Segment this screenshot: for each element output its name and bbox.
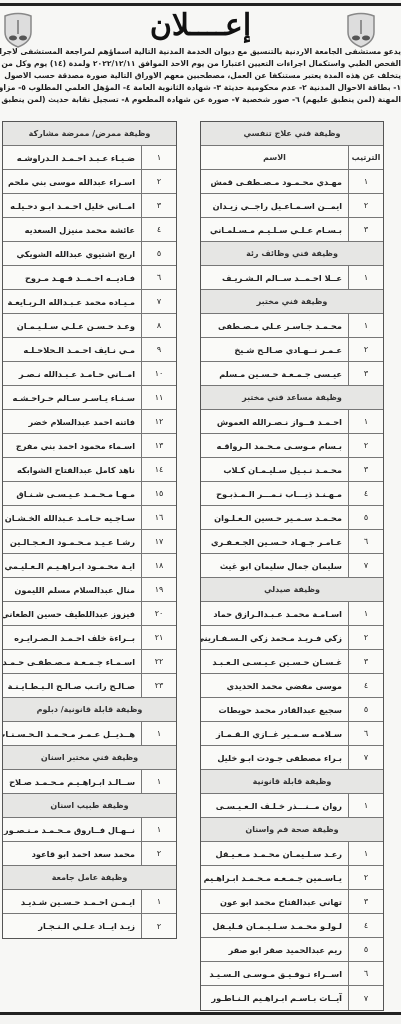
rank-number: ٥ (348, 698, 383, 721)
person-name: لـولـو محـمـد سـلـيـمـان فـليـفل (201, 921, 348, 931)
rank-number: ٧ (348, 554, 383, 577)
person-name: امــاني حـامـد عـبـدالله نـصـر (3, 369, 141, 379)
rank-number: ٣ (348, 458, 383, 481)
person-name: مـيـاده محمد عـبـدالله الـربـايعـة (3, 297, 141, 307)
table-row: ٢عـمـر نــهـادي صـالـح شـيخ (201, 338, 383, 362)
section-title: وظيفة مساعد فني مختبر (201, 386, 383, 410)
table-row: ١٠امــاني حـامـد عـبـدالله نـصـر (3, 362, 176, 386)
section-title: وظيفة فني علاج تنفسي (201, 122, 383, 146)
person-name: امــاني خليل احـمـد ابـو دحـيلـه (3, 201, 141, 211)
table-row: ٥محـمـد سـمـير حـسين الـعـلـوان (201, 506, 383, 530)
person-name: آيــات بـاسـم ابـراهـيم الـنـاطـور (201, 993, 348, 1003)
rank-number: ٢ (348, 626, 383, 649)
table-row: ٢٢اسـمـاء جـمـعـة مـصـطفـى حـمـد (3, 650, 176, 674)
table-row: ٢يـاسـمين جـمـعـه مـحـمـد ابـراهـيم (201, 866, 383, 890)
rank-number: ١ (348, 410, 383, 433)
rank-number: ٢ (141, 170, 176, 193)
rank-header: الترتيب (348, 146, 383, 169)
table-row: ١هــديــل عـمـر مـحـمـد الـحـسـنـات (3, 722, 176, 746)
person-name: بـراء مصطفى جـودت ابـو خليل (201, 753, 348, 763)
rank-number: ٧ (348, 746, 383, 769)
person-name: سـلامـه سـمـير غــازي الـقـمـاز (201, 729, 348, 739)
person-name: سـنـاء يـاسـر سـالم حـراحـشـه (3, 393, 141, 403)
rank-number: ١١ (141, 386, 176, 409)
person-name: محـمـد نـبـيل سـليـمـان كـلاب (201, 465, 348, 475)
section-title: وظيفة قابلة قانونية (201, 770, 383, 794)
person-name: بــراءة خلف احـمـد الـصـرايـره (3, 633, 141, 643)
table-row: ٢بـسام مـوسـى مـحـمد الـرواقـه (201, 434, 383, 458)
table-row: ١٤ناهد كامل عبدالفتاح الشوابكه (3, 458, 176, 482)
table-row: ٦اســراء تـوفـيـق مـوسـى الـسـيـد (201, 962, 383, 986)
table-row: ٧آيــات بـاسـم ابـراهـيم الـنـاطـور (201, 986, 383, 1010)
rank-number: ٤ (348, 914, 383, 937)
person-name: ايـة محـمـود ابـراهـيـم الـعـليـمي (3, 561, 141, 571)
intro-line: المهنة (لمن ينطبق عليهم) ٦- صور شخصية ٧-… (0, 94, 401, 106)
table-row: ١عــلا احـمــد ســالم الـشـريـف (201, 266, 383, 290)
section-title: وظيفة فني مختبر اسنان (3, 746, 176, 770)
table-row: ٣امــاني خليل احـمـد ابـو دحـيلـه (3, 194, 176, 218)
table-row: ٢ايمــن اسـمـاعـيل راجــي زيـدان (201, 194, 383, 218)
table-row: ١ســالـد ابـراهـيـم مـحـمـد صـلاح (3, 770, 176, 794)
rank-number: ١ (141, 890, 176, 913)
section-title: وظيفة طبيب اسنان (3, 794, 176, 818)
person-name: سجيع عبدالقادر محمد حويطات (201, 705, 348, 715)
rank-number: ٥ (348, 506, 383, 529)
person-name: اسـمـاء جـمـعـة مـصـطفـى حـمـد (3, 657, 141, 667)
rank-number: ١٣ (141, 434, 176, 457)
rank-number: ١ (348, 314, 383, 337)
person-name: مـي نـايف احـمـد الـحلاحـلـه (3, 345, 141, 355)
table-row: ٦فـاديــه احـمــد فـهـد مـروح (3, 266, 176, 290)
table-row: ٤لـولـو محـمـد سـلـيـمـان فـليـفل (201, 914, 383, 938)
rank-number: ٤ (141, 218, 176, 241)
rank-number: ٢٠ (141, 602, 176, 625)
person-name: مـهـا مـحـمـد عـيـسـى شـنـاق (3, 489, 141, 499)
person-name: مـهـنـد ذيـــاب نـمـــر الـمـذبـوح (201, 489, 348, 499)
rank-number: ١ (141, 722, 176, 745)
rank-number: ٢١ (141, 626, 176, 649)
rank-number: ٢ (348, 866, 383, 889)
table-row: ٥ريم عبدالحميد صقر ابو صقر (201, 938, 383, 962)
intro-line: ١- بطاقة الاحوال المدنية ٢- عدم محكومية … (0, 82, 401, 94)
table-row: ٧مـيـاده محمد عـبـدالله الـربـايعـة (3, 290, 176, 314)
table-row: ٥سجيع عبدالقادر محمد حويطات (201, 698, 383, 722)
person-name: فاتنه احمد عبدالسلام خضر (3, 417, 141, 427)
table-row: ٧سليمان جمال سليمان ابو غيث (201, 554, 383, 578)
rank-number: ١ (141, 818, 176, 841)
person-name: اسـراء عبدالله موسى بني ملحم (3, 177, 141, 187)
rank-number: ٦ (141, 266, 176, 289)
right-column-table: وظيفة فني علاج تنفسيالترتيبالاسم١مهـدي م… (200, 121, 384, 1011)
person-name: اسـماء محمود احمد بني مفرج (3, 441, 141, 451)
table-row: ٨وعـد حـسـن عـلـي سـلـيـمـان (3, 314, 176, 338)
page-title: إعــــلان (0, 8, 401, 43)
table-row: ٣عيـسى جـمـعـة حـسـين مـسلم (201, 362, 383, 386)
table-row: ٢٠فيزوز عبداللطيف حسين الطعاني (3, 602, 176, 626)
table-row: ٧بـراء مصطفى جـودت ابـو خليل (201, 746, 383, 770)
person-name: ريم عبدالحميد صقر ابو صقر (201, 945, 348, 955)
person-name: منال عبدالسلام مسلم الليمون (3, 585, 141, 595)
rank-number: ١٦ (141, 506, 176, 529)
rank-number: ٥ (141, 242, 176, 265)
table-row: ٤مـهـنـد ذيـــاب نـمـــر الـمـذبـوح (201, 482, 383, 506)
rank-number: ٦ (348, 962, 383, 985)
table-row: ١محـمـد جـاسـر عـلي مـصـطفى (201, 314, 383, 338)
table-row: ٢اسـراء عبدالله موسى بني ملحم (3, 170, 176, 194)
person-name: محـمـد جـاسـر عـلي مـصـطفى (201, 321, 348, 331)
rank-number: ٧ (141, 290, 176, 313)
person-name: ايمــن اسـمـاعـيل راجــي زيـدان (201, 201, 348, 211)
rank-number: ١ (348, 170, 383, 193)
person-name: وعـد حـسـن عـلـي سـلـيـمـان (3, 321, 141, 331)
table-row: ١ضـيـاء عـبـد احـمـد الـدراوشـه (3, 146, 176, 170)
person-name: فـاديــه احـمــد فـهـد مـروح (3, 273, 141, 283)
table-row: ٦سـلامـه سـمـير غــازي الـقـمـاز (201, 722, 383, 746)
person-name: صـالـح راتـب صـالـح الـبـطـايـنـة (3, 681, 141, 691)
person-name: مهـدي محـمـود مـصـطفـى قمش (201, 177, 348, 187)
person-name: هــديــل عـمـر مـحـمـد الـحـسـنـات (3, 729, 141, 739)
table-row: ٣محـمـد نـبـيل سـليـمـان كـلاب (201, 458, 383, 482)
intro-paragraph: يدعو مستشفى الجامعة الاردنية بالتنسيق مع… (0, 46, 401, 106)
section-title: وظيفة فني وظائف رئة (201, 242, 383, 266)
table-row: ٢زيـد ايــاد عـلـي الـنـجـار (3, 914, 176, 938)
rank-number: ٢٢ (141, 650, 176, 673)
table-row: ١٢فاتنه احمد عبدالسلام خضر (3, 410, 176, 434)
table-row: ١١سـنـاء يـاسـر سـالم حـراحـشـه (3, 386, 176, 410)
rank-number: ٢ (348, 434, 383, 457)
person-name: سـاجـيه حـامـد عـبدالله الخـشـان (3, 513, 141, 523)
table-header-row: الترتيبالاسم (201, 146, 383, 170)
person-name: عـمـر نــهـادي صـالـح شـيخ (201, 345, 348, 355)
person-name: اسـامـة محمـد عـبـدالـرازق حماد (201, 609, 348, 619)
rank-number: ١ (348, 842, 383, 865)
table-row: ١احـمـد فــواز نـصـرالله العموش (201, 410, 383, 434)
rank-number: ٧ (348, 986, 383, 1010)
person-name: زكي فـريـد مـحمد زكي الـسـفـاريني (201, 633, 348, 643)
table-row: ٢١بــراءة خلف احـمـد الـصـرايـره (3, 626, 176, 650)
person-name: عيـسى جـمـعـة حـسـين مـسلم (201, 369, 348, 379)
person-name: رشـا عـيـد مـحـمـود الـعـجـالـين (3, 537, 141, 547)
person-name: اريج اشتيوي عبدالله الشويكي (3, 249, 141, 259)
rank-number: ٢ (348, 194, 383, 217)
section-title: وظيفة فني مختبر (201, 290, 383, 314)
rank-number: ٢ (348, 338, 383, 361)
rank-number: ٢ (141, 842, 176, 865)
left-column-table: وظيفة ممرض/ ممرضة مشاركة١ضـيـاء عـبـد اح… (2, 121, 177, 939)
rank-number: ٥ (348, 938, 383, 961)
rank-number: ١٢ (141, 410, 176, 433)
rank-number: ١ (141, 770, 176, 793)
table-row: ٤عائشة محمد منيزل السعديه (3, 218, 176, 242)
table-row: ١٥مـهـا مـحـمـد عـيـسـى شـنـاق (3, 482, 176, 506)
table-row: ٥اريج اشتيوي عبدالله الشويكي (3, 242, 176, 266)
table-row: ٢محمد سعد احمد ابو قاعود (3, 842, 176, 866)
rank-number: ١ (348, 794, 383, 817)
person-name: فيزوز عبداللطيف حسين الطعاني (3, 609, 141, 619)
announcement-page: إعــــلان يدعو مستشفى الجامعة الاردنية ب… (0, 3, 401, 1015)
section-title: وظيفة صيدلي (201, 578, 383, 602)
person-name: ايـمـن احـمـد حـسـين شـديـد (3, 897, 141, 907)
table-row: ٢زكي فـريـد مـحمد زكي الـسـفـاريني (201, 626, 383, 650)
rank-number: ١٩ (141, 578, 176, 601)
person-name: موسى مفضي محمد الحديدي (201, 681, 348, 691)
intro-line: الفحص الطبي واستكمال اجراءات التعيين اعت… (0, 58, 401, 70)
person-name: احـمـد فــواز نـصـرالله العموش (201, 417, 348, 427)
person-name: ســالـد ابـراهـيـم مـحـمـد صـلاح (3, 777, 141, 787)
rank-number: ١ (348, 266, 383, 289)
section-title: وظيفة عامل جامعة (3, 866, 176, 890)
rank-number: ٤ (348, 674, 383, 697)
rank-number: ٢ (141, 914, 176, 938)
rank-number: ١ (348, 602, 383, 625)
person-name: رعـد سـلـيمـان محـمـد مـعـيـقل (201, 849, 348, 859)
person-name: بـسـام عـلـي سـلـيـم مـسـلمـاني (201, 225, 348, 235)
table-row: ١٦سـاجـيه حـامـد عـبدالله الخـشـان (3, 506, 176, 530)
person-name: تهاني عبدالفتاح محمد ابو عون (201, 897, 348, 907)
intro-line: يدعو مستشفى الجامعة الاردنية بالتنسيق مع… (0, 46, 401, 58)
rank-number: ٦ (348, 722, 383, 745)
person-name: زيـد ايــاد عـلـي الـنـجـار (3, 921, 141, 931)
table-row: ١٨ايـة محـمـود ابـراهـيـم الـعـليـمي (3, 554, 176, 578)
person-name: بـسام مـوسـى مـحـمد الـرواقـه (201, 441, 348, 451)
rank-number: ٩ (141, 338, 176, 361)
table-row: ١مهـدي محـمـود مـصـطفـى قمش (201, 170, 383, 194)
rank-number: ٣ (141, 194, 176, 217)
table-row: ٣تهاني عبدالفتاح محمد ابو عون (201, 890, 383, 914)
table-row: ١اسـامـة محمـد عـبـدالـرازق حماد (201, 602, 383, 626)
rank-number: ٣ (348, 890, 383, 913)
person-name: اســراء تـوفـيـق مـوسـى الـسـيـد (201, 969, 348, 979)
person-name: عائشة محمد منيزل السعديه (3, 225, 141, 235)
table-row: ١٣اسـماء محمود احمد بني مفرج (3, 434, 176, 458)
section-title: وظيفة ممرض/ ممرضة مشاركة (3, 122, 176, 146)
rank-number: ٤ (348, 482, 383, 505)
rank-number: ١٧ (141, 530, 176, 553)
table-row: ٩مـي نـايف احـمـد الـحلاحـلـه (3, 338, 176, 362)
rank-number: ١٨ (141, 554, 176, 577)
rank-number: ٣ (348, 362, 383, 385)
name-header: الاسم (201, 153, 348, 162)
table-row: ١نــهـال فــاروق مـحـمـد مـنـصـور (3, 818, 176, 842)
table-row: ٣بـسـام عـلـي سـلـيـم مـسـلمـاني (201, 218, 383, 242)
rank-number: ١٠ (141, 362, 176, 385)
rank-number: ٣ (348, 650, 383, 673)
rank-number: ١٤ (141, 458, 176, 481)
rank-number: ١٥ (141, 482, 176, 505)
person-name: نــهـال فــاروق مـحـمـد مـنـصـور (3, 825, 141, 835)
person-name: ضـيـاء عـبـد احـمـد الـدراوشـه (3, 153, 141, 163)
rank-number: ١ (141, 146, 176, 169)
table-row: ٣غـسـان حـسـين عـيـسـى الـعـبـد (201, 650, 383, 674)
table-row: ١٩منال عبدالسلام مسلم الليمون (3, 578, 176, 602)
table-row: ٤موسى مفضي محمد الحديدي (201, 674, 383, 698)
section-title: وظيفة صحة فم واسنان (201, 818, 383, 842)
rank-number: ٦ (348, 530, 383, 553)
table-row: ١٧رشـا عـيـد مـحـمـود الـعـجـالـين (3, 530, 176, 554)
table-row: ٦عـامـر جـهـاد حـسـين الجـعـفـري (201, 530, 383, 554)
person-name: ناهد كامل عبدالفتاح الشوابكه (3, 465, 141, 475)
section-title: وظيفة قابلة قانونية/ دبلوم (3, 698, 176, 722)
rank-number: ٨ (141, 314, 176, 337)
person-name: سليمان جمال سليمان ابو غيث (201, 561, 348, 571)
person-name: غـسـان حـسـين عـيـسـى الـعـبـد (201, 657, 348, 667)
person-name: عـامـر جـهـاد حـسـين الجـعـفـري (201, 537, 348, 547)
intro-line: يتخلف عن هذه المدة يعتبر مستنكفا عن العم… (0, 70, 401, 82)
rank-number: ٣ (348, 218, 383, 241)
rank-number: ٢٣ (141, 674, 176, 697)
person-name: محـمـد سـمـير حـسين الـعـلـوان (201, 513, 348, 523)
table-row: ١ايـمـن احـمـد حـسـين شـديـد (3, 890, 176, 914)
person-name: روان مــنـــذر خـلـف الـعـيـسـى (201, 801, 348, 811)
person-name: محمد سعد احمد ابو قاعود (3, 849, 141, 859)
person-name: عــلا احـمــد ســالم الـشـريـف (201, 273, 348, 283)
table-row: ٢٣صـالـح راتـب صـالـح الـبـطـايـنـة (3, 674, 176, 698)
table-row: ١روان مــنـــذر خـلـف الـعـيـسـى (201, 794, 383, 818)
table-row: ١رعـد سـلـيمـان محـمـد مـعـيـقل (201, 842, 383, 866)
person-name: يـاسـمين جـمـعـه مـحـمـد ابـراهـيم (201, 873, 348, 883)
